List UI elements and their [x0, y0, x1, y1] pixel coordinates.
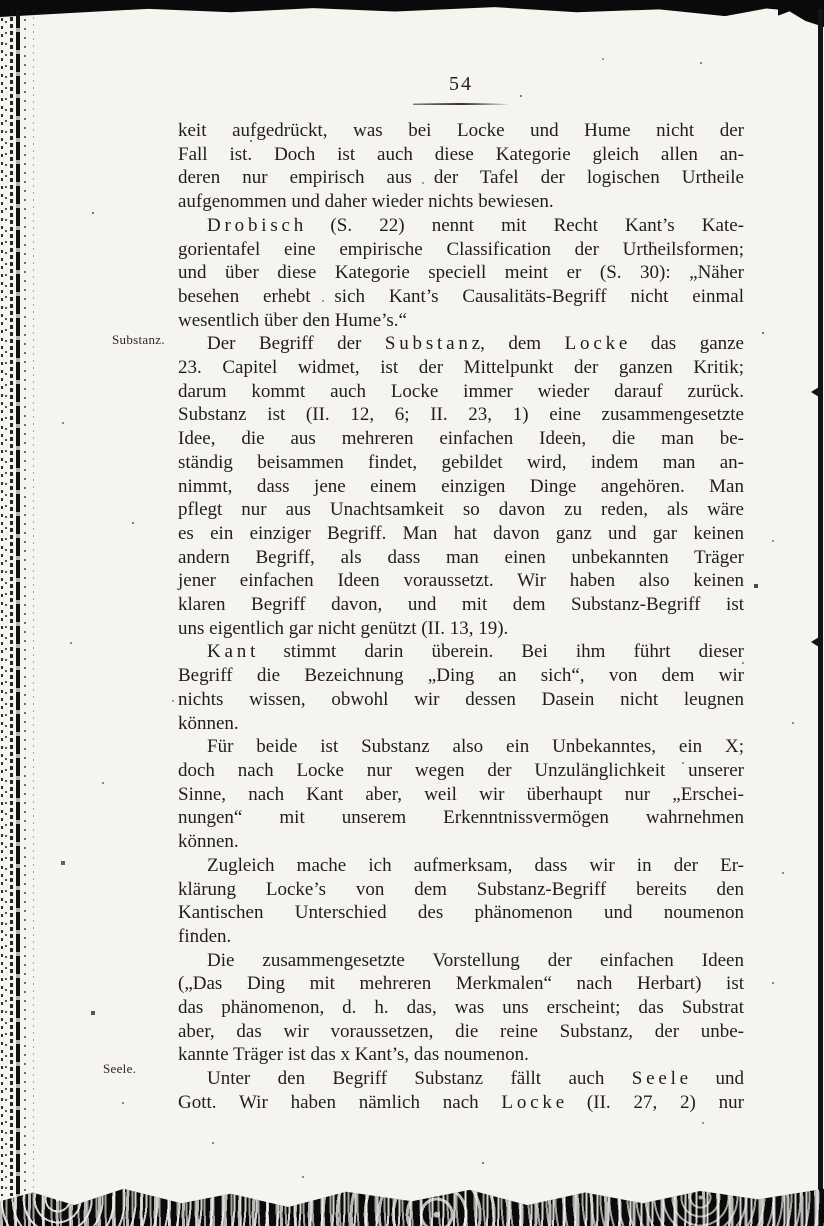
text-line: Gott. Wir haben nämlich nach L o c k e (…	[178, 1091, 744, 1115]
text-line: pflegt nur aus Unachtsamkeit so davon zu…	[178, 498, 744, 522]
text-line: Zugleich mache ich aufmerksam, dass wir …	[178, 854, 744, 878]
page-number-rule	[413, 103, 510, 105]
scan-artifact-top-band	[0, 0, 824, 17]
text-line: andern Begriff, als dass man einen unbek…	[178, 546, 744, 570]
text-line: können.	[178, 830, 744, 854]
text-line: ständig beisammen findet, gebildet wird,…	[178, 451, 744, 475]
body-text: keit aufgedrückt, was bei Locke und Hume…	[178, 119, 744, 1115]
text-line: klärung Locke’s von dem Substanz-Begriff…	[178, 878, 744, 902]
text-line: Idee, die aus mehreren einfachen Ideen, …	[178, 427, 744, 451]
scan-artifact-noise-specks	[0, 0, 2, 2]
paragraph: D r o b i s c h (S. 22) nennt mit Recht …	[178, 214, 744, 333]
scanned-book-page: 54 Substanz. Seele. keit aufgedrückt, wa…	[0, 0, 824, 1226]
margin-note-substanz: Substanz.	[112, 332, 165, 348]
paragraph: Die zusammengesetzte Vorstellung der ein…	[178, 949, 744, 1068]
text-line: uns eigentlich gar nicht genützt (II. 13…	[178, 617, 744, 641]
text-line: Kantischen Unterschied des phänomenon un…	[178, 901, 744, 925]
text-line: aber, das wir voraussetzen, die reine Su…	[178, 1020, 744, 1044]
scan-artifact-right-page-edge	[818, 9, 823, 1198]
text-line: es ein einziger Begriff. Man hat davon g…	[178, 522, 744, 546]
text-line: jener einfachen Ideen voraussetzt. Wir h…	[178, 569, 744, 593]
text-line: und über diese Kategorie speciell meint …	[178, 261, 744, 285]
scan-artifact-bottom-band	[0, 1188, 824, 1226]
text-line: können.	[178, 712, 744, 736]
text-line: keit aufgedrückt, was bei Locke und Hume…	[178, 119, 744, 143]
text-line: D r o b i s c h (S. 22) nennt mit Recht …	[178, 214, 744, 238]
text-line: nichts wissen, obwohl wir dessen Dasein …	[178, 688, 744, 712]
paragraph: Unter den Begriff Substanz fällt auch S …	[178, 1067, 744, 1114]
text-line: kannte Träger ist das x Kant’s, das noum…	[178, 1043, 744, 1067]
text-line: Der Begriff der S u b s t a n z, dem L o…	[178, 332, 744, 356]
text-line: doch nach Locke nur wegen der Unzulängli…	[178, 759, 744, 783]
paragraph: Der Begriff der S u b s t a n z, dem L o…	[178, 332, 744, 640]
paragraph: Für beide ist Substanz also ein Unbekann…	[178, 735, 744, 854]
text-line: Fall ist. Doch ist auch diese Kategorie …	[178, 143, 744, 167]
text-line: wesentlich über den Hume’s.“	[178, 309, 744, 333]
text-line: Für beide ist Substanz also ein Unbekann…	[178, 735, 744, 759]
page-number: 54	[178, 73, 744, 96]
text-line: nungen“ mit unserem Erkenntnissvermögen …	[178, 806, 744, 830]
paragraph: Zugleich mache ich aufmerksam, dass wir …	[178, 854, 744, 949]
paragraph: K a n t stimmt darin überein. Bei ihm fü…	[178, 640, 744, 735]
paragraph: keit aufgedrückt, was bei Locke und Hume…	[178, 119, 744, 214]
text-line: finden.	[178, 925, 744, 949]
text-line: deren nur empirisch aus der Tafel der lo…	[178, 166, 744, 190]
text-line: Unter den Begriff Substanz fällt auch S …	[178, 1067, 744, 1091]
text-line: gorientafel eine empirische Classificati…	[178, 238, 744, 262]
page-header: 54	[178, 73, 744, 105]
text-line: („Das Ding mit mehreren Merkmalen“ nach …	[178, 972, 744, 996]
scan-artifact-left-gutter	[0, 10, 40, 1196]
text-line: nimmt, dass jene einem einzigen Dinge an…	[178, 475, 744, 499]
text-line: das phänomenon, d. h. das, was uns ersch…	[178, 996, 744, 1020]
margin-note-seele: Seele.	[103, 1061, 136, 1077]
text-line: besehen erhebt sich Kant’s Causalitäts-B…	[178, 285, 744, 309]
text-line: K a n t stimmt darin überein. Bei ihm fü…	[178, 640, 744, 664]
text-line: Substanz ist (II. 12, 6; II. 23, 1) eine…	[178, 403, 744, 427]
text-line: Begriff die Bezeichnung „Ding an sich“, …	[178, 664, 744, 688]
text-line: Sinne, nach Kant aber, weil wir überhaup…	[178, 783, 744, 807]
text-line: 23. Capitel widmet, ist der Mittelpunkt …	[178, 356, 744, 380]
text-line: Die zusammengesetzte Vorstellung der ein…	[178, 949, 744, 973]
text-line: aufgenommen und daher wieder nichts bewi…	[178, 190, 744, 214]
text-line: klaren Begriff davon, und mit dem Substa…	[178, 593, 744, 617]
text-line: darum kommt auch Locke immer wieder dara…	[178, 380, 744, 404]
